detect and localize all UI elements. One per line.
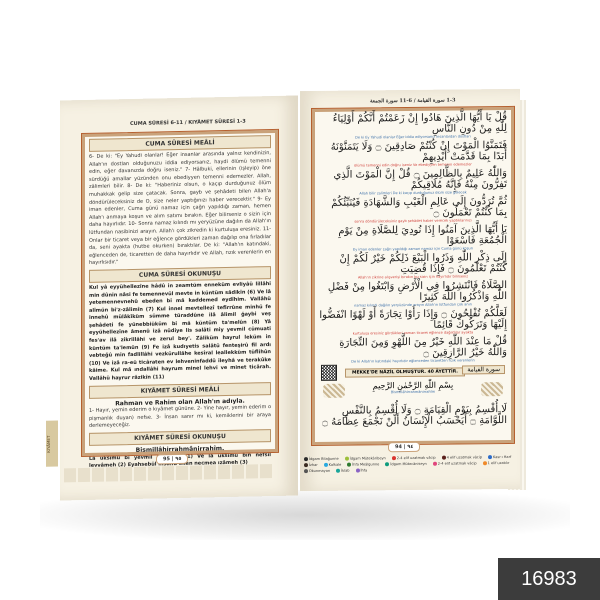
page-number-latin: 95	[163, 456, 170, 462]
right-page: 1-3 سورة القيامة / 6-11 سورة الجمعة قُلْ…	[300, 89, 520, 491]
section-title-kiyamet-okunus: KIYÂMET SÜRESİ OKUNUŞU	[89, 429, 271, 446]
arabic-line: وَاللّٰهُ عَلِيمٌ بِالظَّالِمِينَ ۝ قُلْ…	[315, 166, 511, 192]
legend-item: İdgam Mütecâniseyn	[385, 462, 426, 466]
left-page: KIYÂMET CUMA SÜRESİ 6-11 / KIYÂMET SÜRES…	[60, 96, 298, 501]
legend-item: Kasr-ı Harf	[488, 455, 511, 459]
side-tab: KIYÂMET	[46, 421, 58, 467]
page-number-arabic: ٩٥	[175, 456, 181, 462]
section-title-cuma-okunus: CUMA SÜRESİ OKUNUŞU	[89, 266, 271, 283]
surah-header: MEKKE'DE NÂZİL OLMUŞTUR. 40 ÂYETTİR. سور…	[315, 362, 511, 382]
kiyamet-meal-text: 1- Hayır, yemin ederim o kıyâmet gününe.…	[85, 404, 275, 431]
legend-item: 2-4 elif uzatmak vâcip	[433, 461, 477, 465]
basmala-block: بِسْمِ اللّٰهِ الرَّحْمٰنِ الرَّحِيمِ Bi…	[315, 380, 511, 404]
cuma-meal-text: 6- De ki: "Ey Yahudi olanlar! Eğer insan…	[85, 150, 275, 268]
legend-item: 4 elif uzatmak vâcip	[442, 455, 482, 459]
right-page-number: 94 | ٩٤	[388, 442, 420, 452]
section-title-kiyamet-meal: KIYÂMET SÜRESİ MEÂLİ	[89, 382, 271, 399]
right-page-frame: قُلْ يَا أَيُّهَا الَّذِينَ هَادُوا إِنْ…	[312, 107, 514, 445]
arabic-line: الصَّلَاةُ فَانْتَشِرُوا فِي الْأَرْضِ و…	[315, 278, 511, 304]
legend-item: İhfa	[356, 468, 368, 472]
ornament-right-icon	[481, 382, 503, 396]
section-title-cuma-meal: CUMA SÜRESİ MEÂLİ	[89, 135, 271, 152]
arabic-line: إِلَى ذِكْرِ اللّٰهِ وَذَرُوا الْبَيْعَ …	[315, 250, 511, 276]
tajweed-table	[64, 464, 274, 482]
product-id-badge: 16983	[498, 558, 600, 600]
mekke-label: MEKKE'DE NÂZİL OLMUŞTUR. 40 ÂYETTİR.	[345, 367, 465, 377]
legend-item: İdgam Bilağunne	[304, 457, 339, 461]
legend-item: İzhar	[304, 463, 318, 467]
arabic-line-kiyamet: لَا أُقْسِمُ بِيَوْمِ الْقِيَامَةِ ۝ وَل…	[315, 402, 511, 428]
legend-item: 1 elif uzatılır	[483, 461, 510, 465]
qr-code-icon	[321, 365, 337, 381]
running-head-left: CUMA SÜRESİ 6-11 / KIYÂMET SÜRESİ 1-3	[130, 119, 246, 127]
mekke-label-text: MEKKE'DE NÂZİL OLMUŞTUR. 40 ÂYETTİR.	[345, 367, 465, 377]
legend-item: İdgam Mütekâribeyn	[345, 456, 386, 460]
left-page-frame: CUMA SÜRESİ MEÂLİ 6- De ki: "Ey Yahudi o…	[82, 130, 278, 456]
running-head-right: 1-3 سورة القيامة / 6-11 سورة الجمعة	[370, 98, 455, 105]
legend-item: İklab	[336, 469, 349, 473]
surah-name: سورة القيامة	[462, 365, 505, 374]
open-book: KIYÂMET CUMA SÜRESİ 6-11 / KIYÂMET SÜRES…	[60, 90, 520, 500]
arabic-line: فَتَمَنَّوُا الْمَوْتَ إِنْ كُنْتُمْ صَا…	[315, 138, 511, 164]
legend-item: Kalkale	[324, 463, 342, 467]
legend-item: Okunmayan	[304, 469, 330, 473]
left-page-number: 95 | ٩٥	[156, 454, 188, 465]
arabic-line: لَعَلَّكُمْ تُفْلِحُونَ ۝ وَإِذَا رَأَوْ…	[315, 306, 511, 332]
page-number-arabic: ٩٤	[407, 444, 413, 450]
tajweed-legend: İdgam Bilağunne İdgam Mütekâribeyn 2-4 e…	[304, 455, 514, 473]
arabic-line: قُلْ يَا أَيُّهَا الَّذِينَ هَادُوا إِنْ…	[315, 110, 511, 136]
ornament-left-icon	[323, 384, 345, 398]
page-number-latin: 94	[395, 444, 402, 450]
arabic-line: يَا أَيُّهَا الَّذِينَ آمَنُوا إِذَا نُو…	[315, 222, 511, 248]
arabic-line: ثُمَّ تُرَدُّونَ إِلَى عَالِمِ الْغَيْبِ…	[315, 194, 511, 220]
cuma-okunus-text: Kul yâ eyyühellezîne hâdû in zeamtüm enn…	[85, 281, 275, 384]
legend-item: İhfa Meâlgunne	[347, 462, 379, 466]
arabic-line: قُلْ مَا عِنْدَ اللّٰهِ خَيْرٌ مِنَ اللَ…	[315, 334, 511, 360]
legend-item: 2-4 elif uzatmak vâcip	[392, 456, 436, 460]
